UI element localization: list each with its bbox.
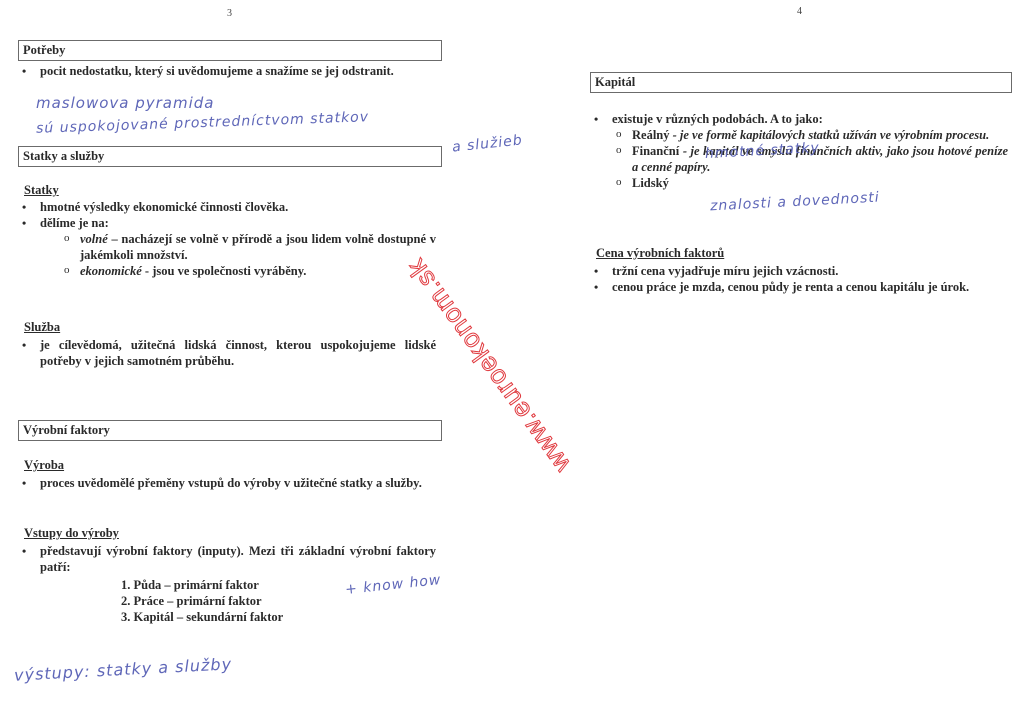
bullet-item: dělíme je na: (18, 215, 436, 231)
vyroba-content: proces uvědomělé přeměny vstupů do výrob… (18, 475, 436, 491)
section-header-potreby: Potřeby (18, 40, 442, 61)
list-item: 1. Půda – primární faktor (121, 577, 283, 593)
page-number-right: 4 (797, 6, 802, 17)
subheading-sluzba: Služba (24, 320, 60, 335)
bullet-item: představují výrobní faktory (inputy). Me… (18, 543, 436, 575)
handwritten-note: a služieb (451, 132, 523, 155)
bullet-item: cenou práce je mzda, cenou půdy je renta… (590, 279, 1008, 295)
factors-list: 1. Půda – primární faktor 2. Práce – pri… (121, 577, 283, 625)
section-header-statky-a-sluzby: Statky a služby (18, 146, 442, 167)
subheading-vstupy: Vstupy do výroby (24, 526, 119, 541)
sub-item-volne: volné – nacházejí se volně v přírodě a j… (58, 231, 436, 263)
bullet-item: existuje v různých podobách. A to jako: (590, 111, 1008, 127)
sluzba-content: je cílevědomá, užitečná lidská činnost, … (18, 337, 436, 369)
handwritten-note: výstupy: statky a služby (14, 654, 233, 684)
statky-content: hmotné výsledky ekonomické činnosti člov… (18, 199, 436, 279)
handwritten-note: + know how (344, 572, 442, 598)
subheading-statky: Statky (24, 183, 59, 198)
cena-content: tržní cena vyjadřuje míru jejich vzácnos… (590, 263, 1008, 295)
potreby-content: pocit nedostatku, který si uvědomujeme a… (18, 63, 436, 79)
bullet-item: tržní cena vyjadřuje míru jejich vzácnos… (590, 263, 1008, 279)
bullet-item: pocit nedostatku, který si uvědomujeme a… (18, 63, 436, 79)
bullet-item: hmotné výsledky ekonomické činnosti člov… (18, 199, 436, 215)
bullet-item: je cílevědomá, užitečná lidská činnost, … (18, 337, 436, 369)
section-header-kapital: Kapitál (590, 72, 1012, 93)
list-item: 2. Práce – primární faktor (121, 593, 283, 609)
list-item: 3. Kapitál – sekundární faktor (121, 609, 283, 625)
handwritten-note: sú uspokojované prostredníctvom statkov (36, 109, 369, 137)
vstupy-content: představují výrobní faktory (inputy). Me… (18, 543, 436, 575)
sub-item-lidsky: Lidský (610, 175, 1008, 191)
subheading-cena: Cena výrobních faktorů (596, 246, 724, 261)
subheading-vyroba: Výroba (24, 458, 64, 473)
sub-item-ekonomicke: ekonomické - jsou ve společnosti vyráběn… (58, 263, 436, 279)
bullet-item: proces uvědomělé přeměny vstupů do výrob… (18, 475, 436, 491)
section-header-vyrobni-faktory: Výrobní faktory (18, 420, 442, 441)
handwritten-note: maslowova pyramida (36, 94, 215, 112)
handwritten-note: znalosti a dovednosti (710, 190, 880, 215)
page-number-left: 3 (227, 8, 232, 19)
